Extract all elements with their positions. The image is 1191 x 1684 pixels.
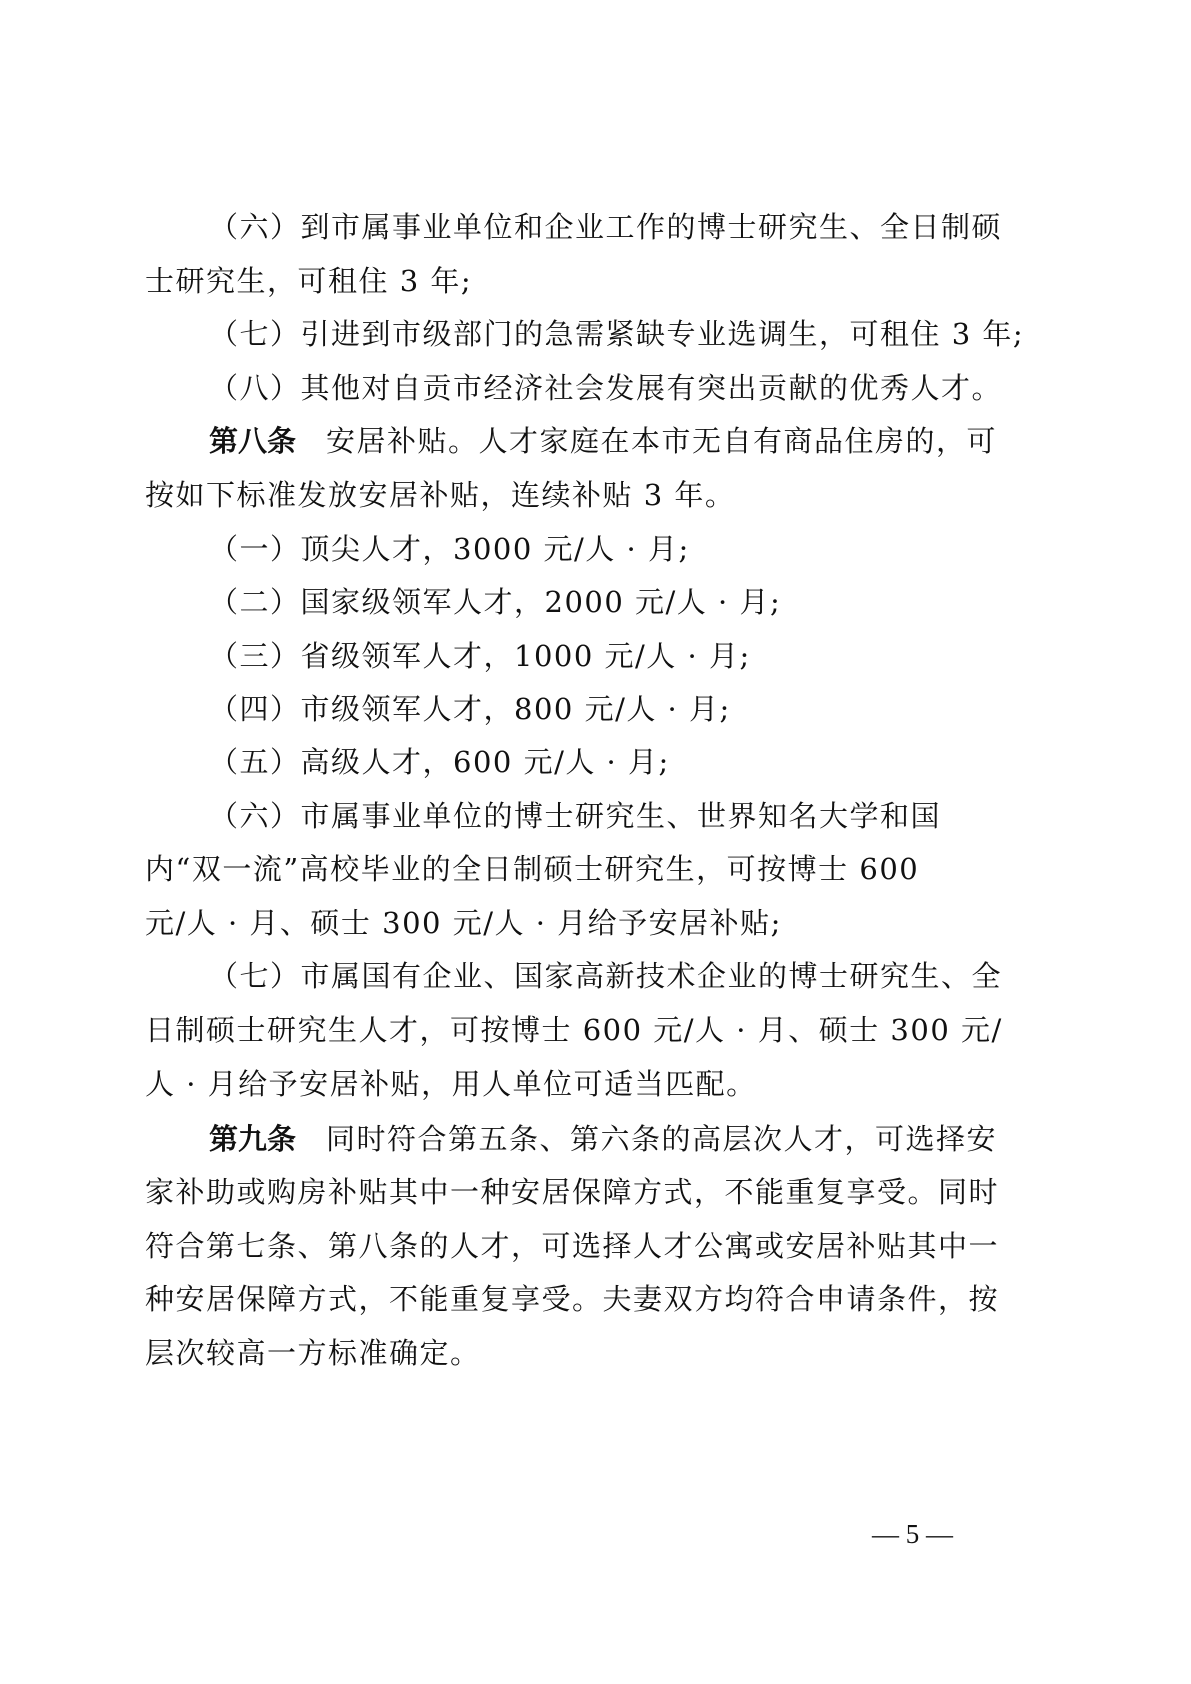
- paragraph-line: 人 · 月给予安居补贴，用人单位可适当匹配。: [145, 1057, 757, 1111]
- paragraph-line: （七）引进到市级部门的急需紧缺专业选调生，可租住 3 年;: [209, 307, 1024, 361]
- page-number: — 5 —: [872, 1519, 953, 1550]
- list-item: （一）顶尖人才，3000 元/人 · 月;: [209, 522, 690, 576]
- paragraph-line: 家补助或购房补贴其中一种安居保障方式，不能重复享受。同时: [145, 1165, 999, 1219]
- article-8-text: 安居补贴。人才家庭在本市无自有商品住房的，可: [326, 424, 997, 458]
- list-item: （四）市级领军人才，800 元/人 · 月;: [209, 682, 731, 736]
- list-item: （七）市属国有企业、国家高新技术企业的博士研究生、全: [209, 949, 1002, 1003]
- paragraph-line: 按如下标准发放安居补贴，连续补贴 3 年。: [145, 468, 735, 522]
- paragraph-line: 层次较高一方标准确定。: [145, 1326, 481, 1380]
- paragraph-line: 符合第七条、第八条的人才，可选择人才公寓或安居补贴其中一: [145, 1219, 999, 1273]
- paragraph-line: 日制硕士研究生人才，可按博士 600 元/人 · 月、硕士 300 元/: [145, 1003, 1003, 1057]
- list-item: （二）国家级领军人才，2000 元/人 · 月;: [209, 575, 781, 629]
- paragraph-line: 内“双一流”高校毕业的全日制硕士研究生，可按博士 600: [145, 842, 919, 896]
- paragraph-line: 种安居保障方式，不能重复享受。夫妻双方均符合申请条件，按: [145, 1272, 999, 1326]
- paragraph-line: 士研究生，可租住 3 年;: [145, 254, 472, 308]
- paragraph-line: （六）到市属事业单位和企业工作的博士研究生、全日制硕: [209, 200, 1002, 254]
- paragraph-line: （八）其他对自贡市经济社会发展有突出贡献的优秀人才。: [209, 361, 1002, 415]
- paragraph-line: 元/人 · 月、硕士 300 元/人 · 月给予安居补贴;: [145, 896, 782, 950]
- article-8-heading: 第八条: [209, 424, 296, 458]
- article-9-first-line: 第九条同时符合第五条、第六条的高层次人才，可选择安: [209, 1112, 997, 1166]
- list-item: （六）市属事业单位的博士研究生、世界知名大学和国: [209, 789, 941, 843]
- article-9-text: 同时符合第五条、第六条的高层次人才，可选择安: [326, 1122, 997, 1156]
- article-8-first-line: 第八条安居补贴。人才家庭在本市无自有商品住房的，可: [209, 414, 997, 468]
- list-item: （五）高级人才，600 元/人 · 月;: [209, 735, 670, 789]
- article-9-heading: 第九条: [209, 1122, 296, 1156]
- list-item: （三）省级领军人才，1000 元/人 · 月;: [209, 629, 751, 683]
